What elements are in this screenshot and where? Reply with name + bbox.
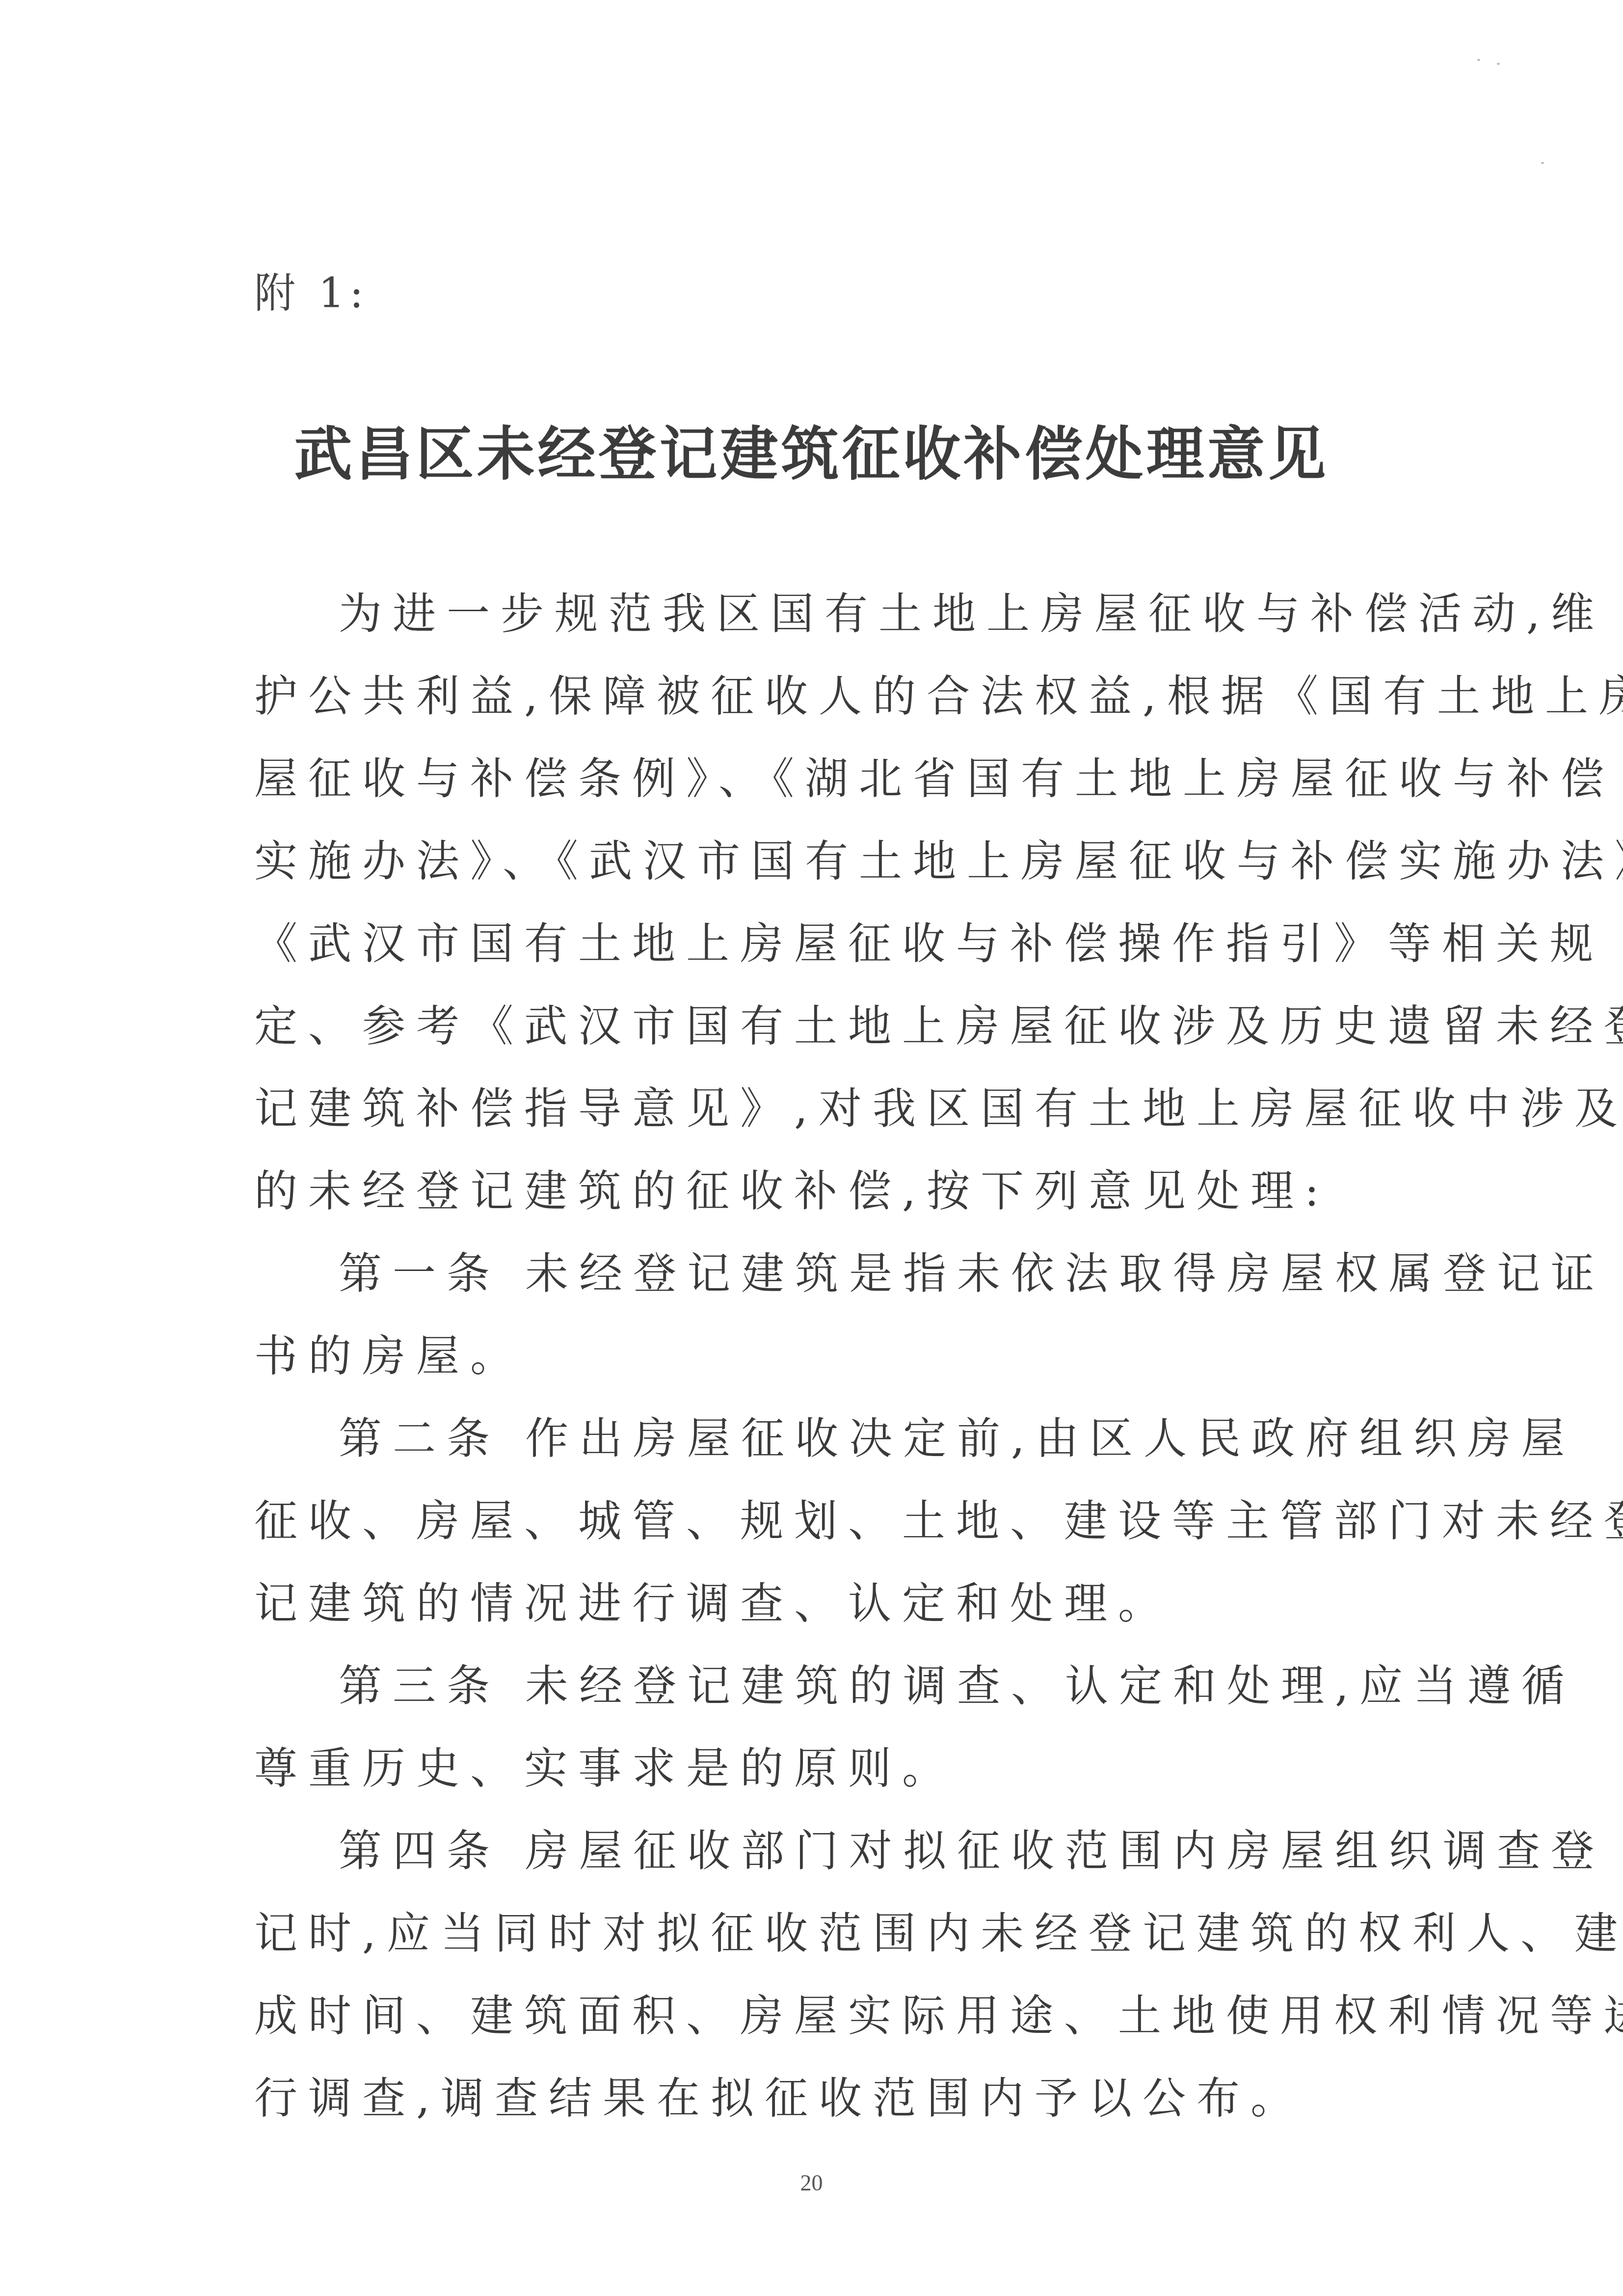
body-text-line: 为进一步规范我区国有土地上房屋征收与补偿活动,维 <box>339 584 1467 643</box>
body-text-line: 尊重历史、实事求是的原则。 <box>254 1739 1383 1798</box>
body-text-line: 征收、房屋、城管、规划、土地、建设等主管部门对未经登 <box>254 1491 1383 1550</box>
document-title: 武昌区未经登记建筑征收补偿处理意见 <box>0 407 1623 491</box>
body-text-line: 记建筑补偿指导意见》,对我区国有土地上房屋征收中涉及 <box>254 1079 1383 1138</box>
body-text-line: 记时,应当同时对拟征收范围内未经登记建筑的权利人、建 <box>254 1904 1383 1963</box>
scan-speck <box>1541 162 1544 164</box>
page-number: 20 <box>0 2170 1623 2196</box>
body-text-line: 的未经登记建筑的征收补偿,按下列意见处理: <box>254 1162 1383 1220</box>
body-text-line: 记建筑的情况进行调查、认定和处理。 <box>254 1574 1383 1633</box>
body-text-line: 第四条 房屋征收部门对拟征收范围内房屋组织调查登 <box>339 1821 1467 1880</box>
scan-speck <box>1497 63 1500 65</box>
body-text-line: 实施办法》、《武汉市国有土地上房屋征收与补偿实施办法》、 <box>254 832 1383 891</box>
body-text-line: 《武汉市国有土地上房屋征收与补偿操作指引》等相关规 <box>254 914 1383 973</box>
body-text-line: 护公共利益,保障被征收人的合法权益,根据《国有土地上房 <box>254 667 1383 726</box>
annex-label: 附 1: <box>254 260 368 320</box>
body-text-line: 第三条 未经登记建筑的调查、认定和处理,应当遵循 <box>339 1656 1467 1715</box>
body-text-line: 屋征收与补偿条例》、《湖北省国有土地上房屋征收与补偿 <box>254 749 1383 808</box>
body-text-line: 第二条 作出房屋征收决定前,由区人民政府组织房屋 <box>339 1409 1467 1468</box>
document-page: 附 1: 武昌区未经登记建筑征收补偿处理意见 为进一步规范我区国有土地上房屋征收… <box>0 0 1623 2296</box>
body-text-line: 定、参考《武汉市国有土地上房屋征收涉及历史遗留未经登 <box>254 997 1383 1055</box>
scan-speck <box>1477 59 1480 61</box>
body-text-line: 书的房屋。 <box>254 1326 1383 1385</box>
body-text-line: 第一条 未经登记建筑是指未依法取得房屋权属登记证 <box>339 1244 1467 1303</box>
body-text-line: 行调查,调查结果在拟征收范围内予以公布。 <box>254 2069 1383 2128</box>
body-text-line: 成时间、建筑面积、房屋实际用途、土地使用权利情况等进 <box>254 1986 1383 2045</box>
